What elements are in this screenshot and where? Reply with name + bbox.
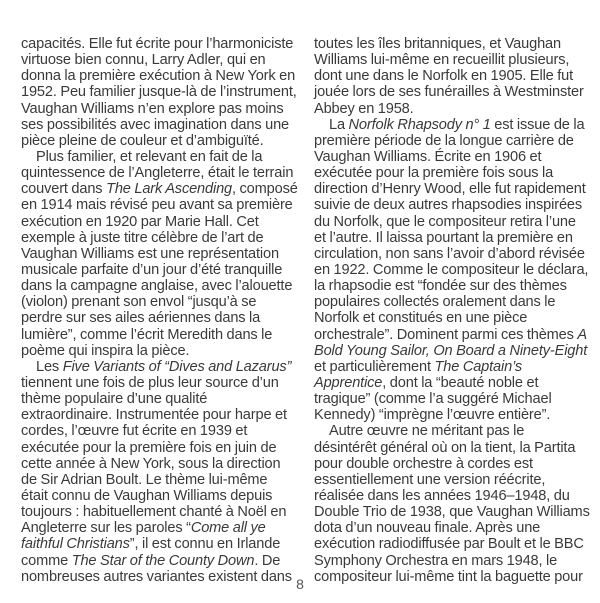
body-text: dota d’un nouveau finale. Après une: [314, 520, 540, 536]
text-line: poème qui inspira la pièce.: [21, 343, 306, 359]
text-line: Vaughan Williams n’en explore pas moins: [21, 101, 306, 117]
body-text: Norfolk et constitués en une pièce: [314, 310, 527, 326]
body-text: Abbey en 1958.: [314, 101, 414, 117]
body-text: couvert dans: [21, 181, 106, 197]
italic-title-text: Bold Young Sailor, On Board a Ninety-Eig…: [314, 343, 587, 359]
body-text: musicale parfaite d’un jour d’été tranqu…: [21, 262, 282, 278]
document-page: capacités. Elle fut écrite pour l’harmon…: [0, 0, 600, 603]
body-text: Double Trio de 1938, que Vaughan William…: [314, 504, 590, 520]
body-text: pièce pleine de couleur et d’ambiguïté.: [21, 133, 264, 149]
italic-title-text: The Star of the County Down: [72, 553, 255, 569]
body-text: Les: [36, 359, 63, 375]
body-text: (violon) prenant son envol “jusqu’à se: [21, 294, 256, 310]
italic-title-text: Norfolk Rhapsody n° 1: [349, 117, 491, 133]
italic-title-text: Five Variants of “Dives and Lazarus”: [63, 359, 292, 375]
body-text: Symphony Orchestra en mars 1948, le: [314, 553, 557, 569]
text-line: perdre sur ses ailes aériennes dans la: [21, 310, 306, 326]
text-line: tragique” (comme l’a suggéré Michael: [314, 391, 599, 407]
text-line: exécution radiodiffusée par Boult et le …: [314, 536, 599, 552]
body-text: perdre sur ses ailes aériennes dans la: [21, 310, 260, 326]
body-text: essentiellement une version réécrite,: [314, 472, 545, 488]
body-text: 1952. Peu familier jusque-là de l’instru…: [21, 84, 297, 100]
body-text: Angleterre sur les paroles “: [21, 520, 191, 536]
body-text: exécutée pour la première fois sous la: [314, 165, 553, 181]
text-line: Kennedy) “imprègne l’œuvre entière”.: [314, 407, 599, 423]
body-text: pour double orchestre à cordes est: [314, 456, 533, 472]
text-line: faithful Christians”, il est connu en Ir…: [21, 536, 306, 552]
text-line: direction d’Henry Wood, elle fut rapidem…: [314, 181, 599, 197]
text-line: cette année à New York, sous la directio…: [21, 456, 306, 472]
text-line: 1952. Peu familier jusque-là de l’instru…: [21, 84, 306, 100]
text-column-left: capacités. Elle fut écrite pour l’harmon…: [21, 36, 306, 585]
text-line: essentiellement une version réécrite,: [314, 472, 599, 488]
body-text: était connu de Vaughan Williams depuis: [21, 488, 272, 504]
text-line: lumière”, comme l’écrit Meredith dans le: [21, 327, 306, 343]
text-line: (violon) prenant son envol “jusqu’à se: [21, 294, 306, 310]
text-line: suivie de deux autres rhapsodies inspiré…: [314, 197, 599, 213]
body-text: donna la première exécution à New York e…: [21, 68, 295, 84]
text-line: du Norfolk, que le compositeur retira l’…: [314, 214, 599, 230]
body-text: . De: [254, 553, 280, 569]
body-text: réalisée dans les années 1946–1948, du: [314, 488, 570, 504]
text-line: Vaughan Williams est une représentation: [21, 246, 306, 262]
text-line: et particulièrement The Captain’s: [314, 359, 599, 375]
body-text: Vaughan Williams n’en explore pas moins: [21, 101, 284, 117]
body-text: lumière”, comme l’écrit Meredith dans le: [21, 327, 272, 343]
text-line: orchestrale”. Dominent parmi ces thèmes …: [314, 327, 599, 343]
body-text: ”, il est connu en Irlande: [130, 536, 280, 552]
text-line: Plus familier, et relevant en fait de la: [21, 149, 306, 165]
text-line: thème populaire d’une qualité: [21, 391, 306, 407]
text-line: Abbey en 1958.: [314, 101, 599, 117]
text-line: Autre œuvre ne méritant pas le: [314, 423, 599, 439]
body-text: exécutée pour la première fois en juin d…: [21, 440, 276, 456]
text-line: couvert dans The Lark Ascending, composé: [21, 181, 306, 197]
text-line: donna la première exécution à New York e…: [21, 68, 306, 84]
body-text: Autre œuvre ne méritant pas le: [329, 423, 524, 439]
body-text: capacités. Elle fut écrite pour l’harmon…: [21, 36, 293, 52]
text-line: Angleterre sur les paroles “Come all ye: [21, 520, 306, 536]
body-text: cette année à New York, sous la directio…: [21, 456, 280, 472]
body-text: première période de la longue carrière d…: [314, 133, 574, 149]
body-text: dans la campagne anglaise, avec l’alouet…: [21, 278, 292, 294]
text-line: de Sir Adrian Boult. Le thème lui-même: [21, 472, 306, 488]
text-line: musicale parfaite d’un jour d’été tranqu…: [21, 262, 306, 278]
text-line: réalisée dans les années 1946–1948, du: [314, 488, 599, 504]
body-text: de Sir Adrian Boult. Le thème lui-même: [21, 472, 267, 488]
body-text: du Norfolk, que le compositeur retira l’…: [314, 214, 576, 230]
text-line: tiennent une fois de plus leur source d’…: [21, 375, 306, 391]
body-text: circulation, non sans l’avoir d’abord ré…: [314, 246, 585, 262]
text-line: exécutée pour la première fois en juin d…: [21, 440, 306, 456]
body-text: , dont la “beauté noble et: [382, 375, 538, 391]
text-line: capacités. Elle fut écrite pour l’harmon…: [21, 36, 306, 52]
text-line: La Norfolk Rhapsody n° 1 est issue de la: [314, 117, 599, 133]
text-line: comme The Star of the County Down. De: [21, 553, 306, 569]
text-line: dont une dans le Norfolk en 1905. Elle f…: [314, 68, 599, 84]
text-column-right: toutes les îles britanniques, et Vaughan…: [314, 36, 599, 585]
body-text: virtuose bien connu, Larry Adler, qui en: [21, 52, 266, 68]
body-text: , composé: [232, 181, 298, 197]
text-line: exécution en 1920 par Marie Hall. Cet: [21, 214, 306, 230]
body-text: en 1922. Comme le compositeur le déclara…: [314, 262, 588, 278]
text-line: exécutée pour la première fois sous la: [314, 165, 599, 181]
body-text: exemple à juste titre célèbre de l’art d…: [21, 230, 263, 246]
body-text: Vaughan Williams. Écrite en 1906 et: [314, 149, 541, 165]
body-text: poème qui inspira la pièce.: [21, 343, 189, 359]
body-text: exécution en 1920 par Marie Hall. Cet: [21, 214, 259, 230]
body-text: populaires collectés oralement dans le: [314, 294, 555, 310]
body-text: tiennent une fois de plus leur source d’…: [21, 375, 279, 391]
body-text: direction d’Henry Wood, elle fut rapidem…: [314, 181, 586, 197]
text-line: virtuose bien connu, Larry Adler, qui en: [21, 52, 306, 68]
text-line: en 1922. Comme le compositeur le déclara…: [314, 262, 599, 278]
text-line: Bold Young Sailor, On Board a Ninety-Eig…: [314, 343, 599, 359]
body-text: la rhapsodie est “fondée sur des thèmes: [314, 278, 567, 294]
text-line: cordes, l’œuvre fut écrite en 1939 et: [21, 423, 306, 439]
text-line: Apprentice, dont la “beauté noble et: [314, 375, 599, 391]
text-line: dans la campagne anglaise, avec l’alouet…: [21, 278, 306, 294]
body-text: cordes, l’œuvre fut écrite en 1939 et: [21, 423, 247, 439]
text-line: Williams lui-même en recueillit plusieur…: [314, 52, 599, 68]
body-text: en 1914 mais révisé peu avant sa premièr…: [21, 197, 293, 213]
italic-title-text: Apprentice: [314, 375, 382, 391]
body-text: La: [329, 117, 349, 133]
text-line: Double Trio de 1938, que Vaughan William…: [314, 504, 599, 520]
text-line: toutes les îles britanniques, et Vaughan: [314, 36, 599, 52]
body-text: désintérêt général où on la tient, la Pa…: [314, 440, 575, 456]
body-text: quintessence de l’Angleterre, était le t…: [21, 165, 293, 181]
text-line: et l’autre. Il laissa pourtant la premiè…: [314, 230, 599, 246]
text-line: Norfolk et constitués en une pièce: [314, 310, 599, 326]
body-text: thème populaire d’une qualité: [21, 391, 207, 407]
body-text: et particulièrement: [314, 359, 435, 375]
body-text: ses possibilités avec imagination dans u…: [21, 117, 289, 133]
body-text: Vaughan Williams est une représentation: [21, 246, 279, 262]
body-text: et l’autre. Il laissa pourtant la premiè…: [314, 230, 573, 246]
text-line: extraordinaire. Instrumentée pour harpe …: [21, 407, 306, 423]
body-text: tragique” (comme l’a suggéré Michael: [314, 391, 552, 407]
text-line: désintérêt général où on la tient, la Pa…: [314, 440, 599, 456]
italic-title-text: faithful Christians: [21, 536, 130, 552]
body-text: Plus familier, et relevant en fait de la: [36, 149, 262, 165]
body-text: toutes les îles britanniques, et Vaughan: [314, 36, 561, 52]
body-text: extraordinaire. Instrumentée pour harpe …: [21, 407, 287, 423]
body-text: Williams lui-même en recueillit plusieur…: [314, 52, 569, 68]
text-line: exemple à juste titre célèbre de l’art d…: [21, 230, 306, 246]
body-text: orchestrale”. Dominent parmi ces thèmes: [314, 327, 577, 343]
text-line: circulation, non sans l’avoir d’abord ré…: [314, 246, 599, 262]
italic-title-text: The Captain’s: [435, 359, 523, 375]
text-line: la rhapsodie est “fondée sur des thèmes: [314, 278, 599, 294]
body-text: dont une dans le Norfolk en 1905. Elle f…: [314, 68, 573, 84]
text-line: jouée lors de ses funérailles à Westmins…: [314, 84, 599, 100]
italic-title-text: The Lark Ascending: [106, 181, 232, 197]
text-line: dota d’un nouveau finale. Après une: [314, 520, 599, 536]
text-line: était connu de Vaughan Williams depuis: [21, 488, 306, 504]
text-line: en 1914 mais révisé peu avant sa premièr…: [21, 197, 306, 213]
body-text: exécution radiodiffusée par Boult et le …: [314, 536, 584, 552]
body-text: toujours : habituellement chanté à Noël …: [21, 504, 286, 520]
text-line: première période de la longue carrière d…: [314, 133, 599, 149]
page-number: 8: [0, 576, 600, 592]
text-line: ses possibilités avec imagination dans u…: [21, 117, 306, 133]
text-line: quintessence de l’Angleterre, était le t…: [21, 165, 306, 181]
italic-title-text: A: [577, 327, 587, 343]
text-line: Les Five Variants of “Dives and Lazarus”: [21, 359, 306, 375]
body-text: jouée lors de ses funérailles à Westmins…: [314, 84, 584, 100]
body-text: comme: [21, 553, 72, 569]
body-text: est issue de la: [491, 117, 585, 133]
text-line: Symphony Orchestra en mars 1948, le: [314, 553, 599, 569]
body-text: Kennedy) “imprègne l’œuvre entière”.: [314, 407, 550, 423]
text-line: Vaughan Williams. Écrite en 1906 et: [314, 149, 599, 165]
text-line: pour double orchestre à cordes est: [314, 456, 599, 472]
text-line: populaires collectés oralement dans le: [314, 294, 599, 310]
italic-title-text: Come all ye: [191, 520, 266, 536]
body-text: suivie de deux autres rhapsodies inspiré…: [314, 197, 582, 213]
text-line: toujours : habituellement chanté à Noël …: [21, 504, 306, 520]
text-line: pièce pleine de couleur et d’ambiguïté.: [21, 133, 306, 149]
